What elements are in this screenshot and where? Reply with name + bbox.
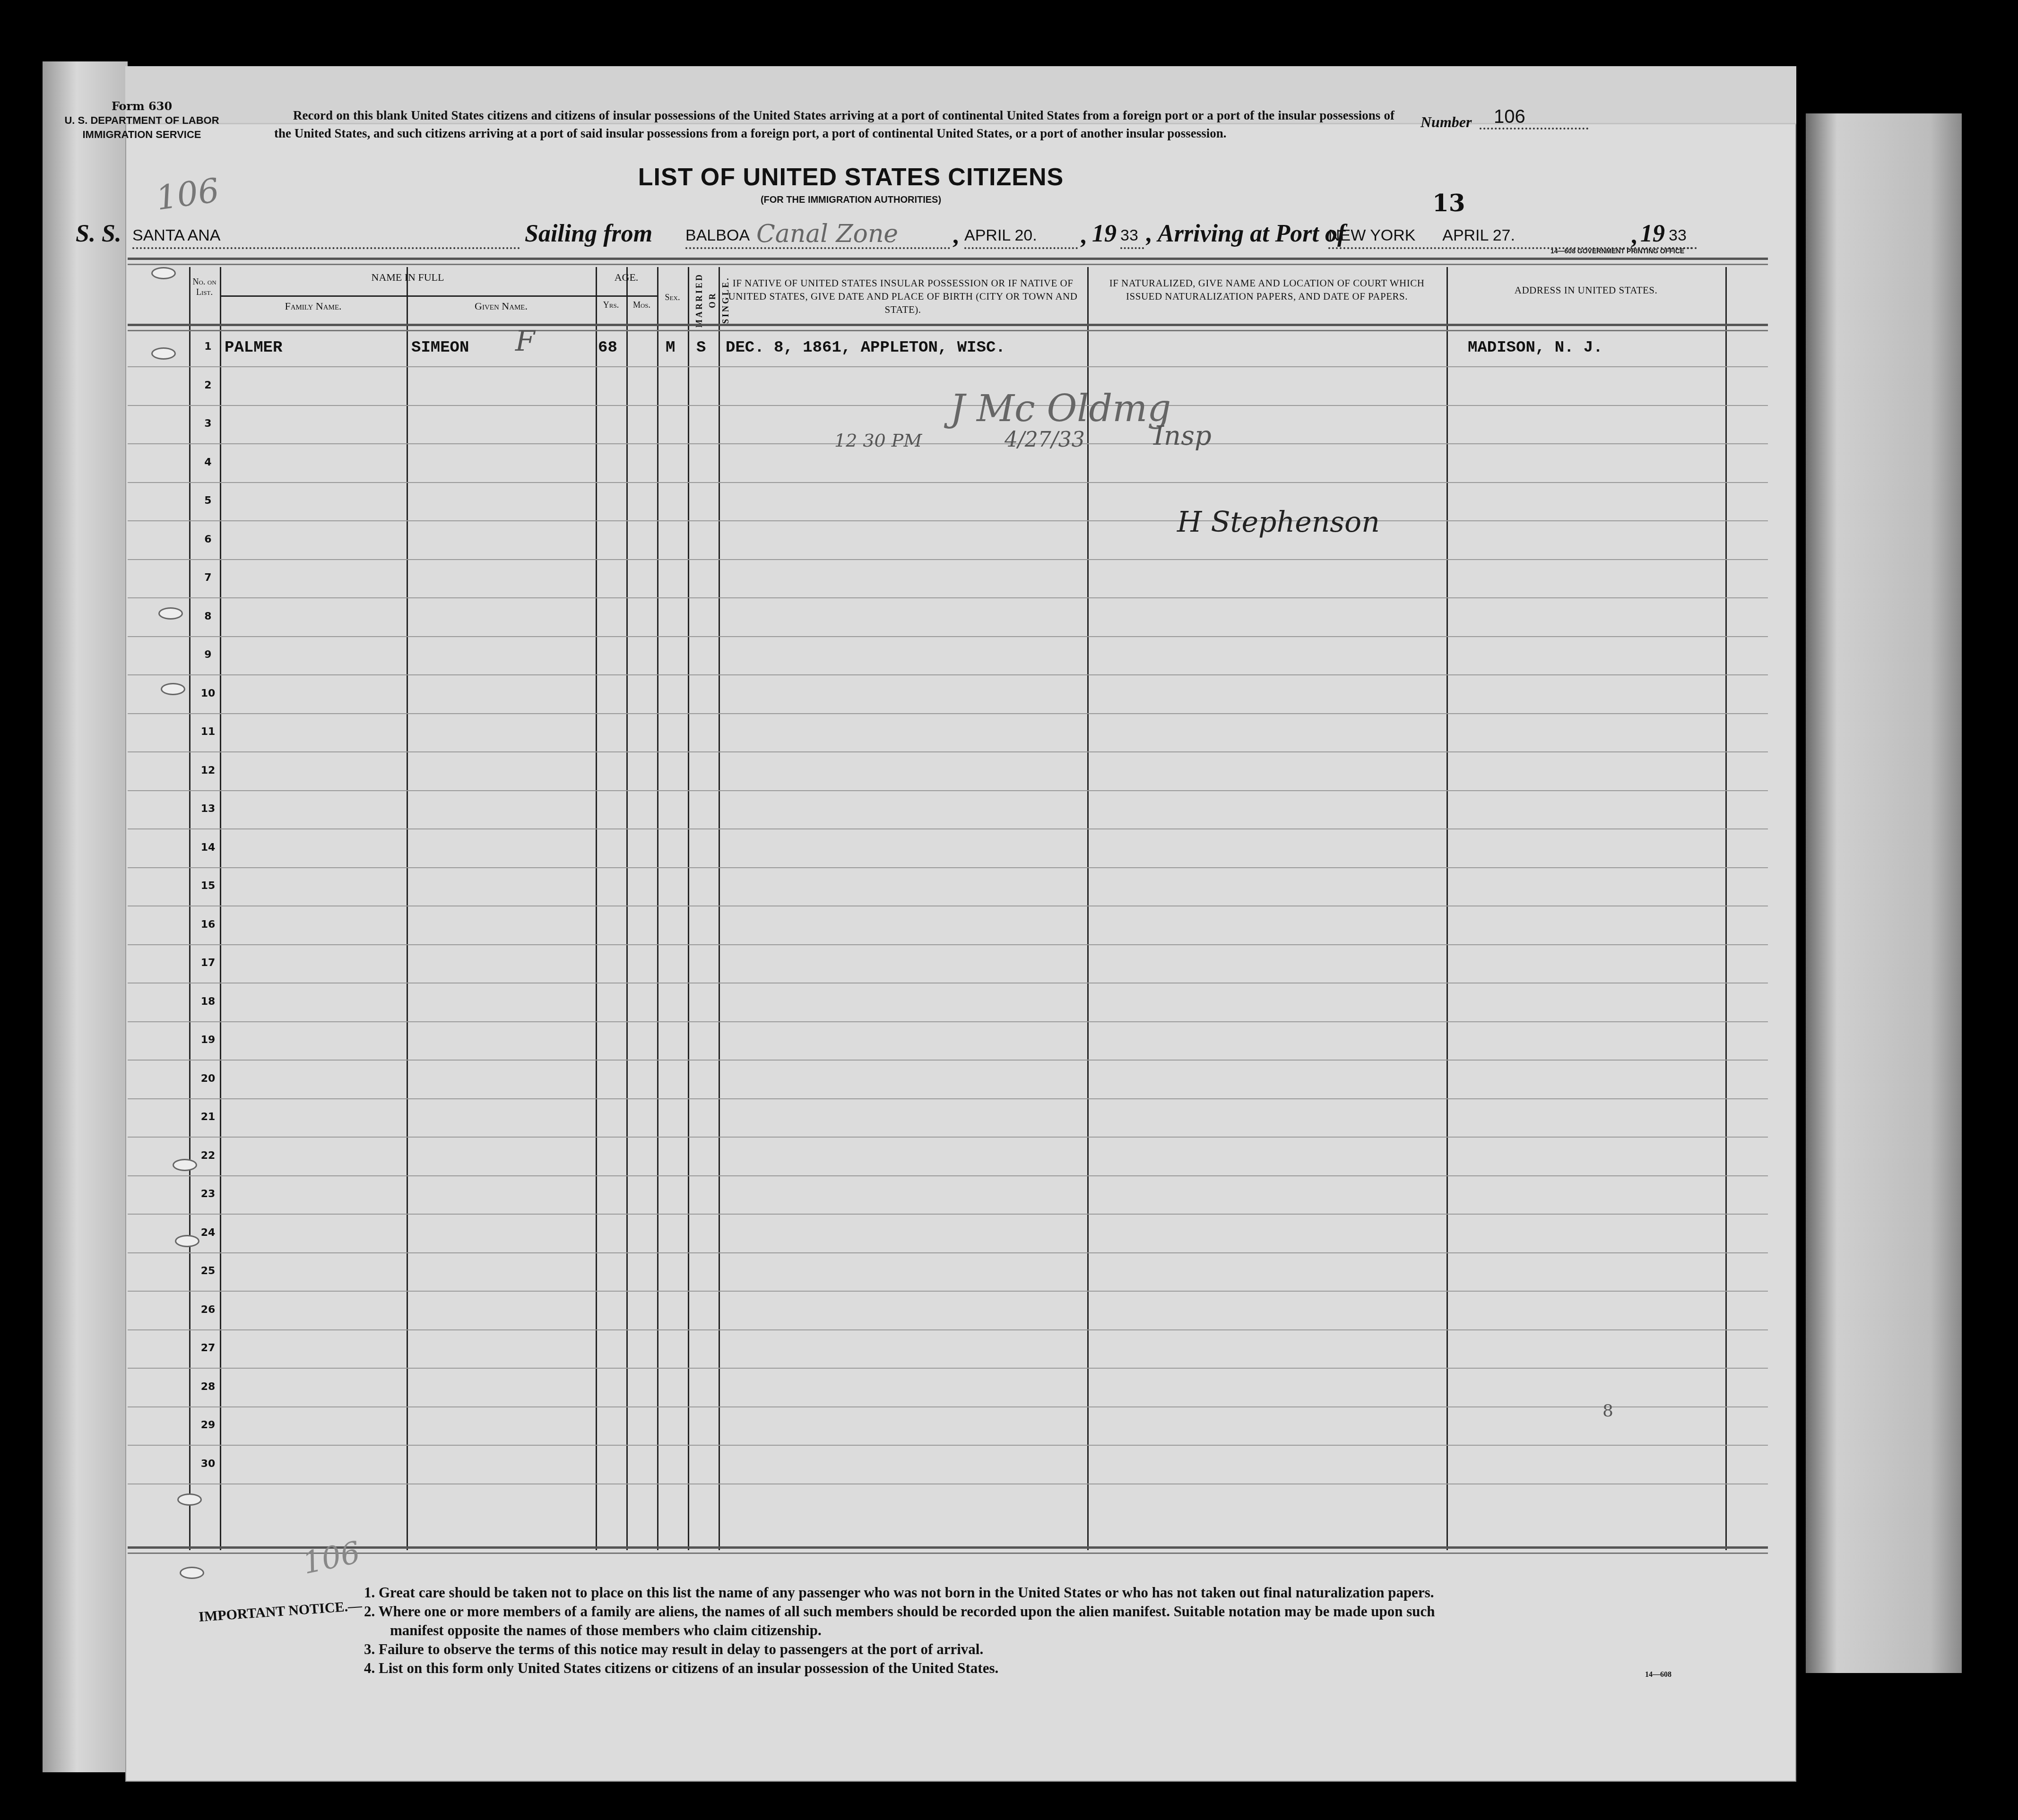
row-number: 13 [189, 803, 227, 815]
row-number: 29 [189, 1419, 227, 1431]
row-number: 16 [189, 919, 227, 931]
inspector-signature: J Mc Oldmg [950, 388, 1171, 430]
arriving-year-prefix: 19 [1640, 220, 1665, 248]
arriving-date: APRIL 27. [1442, 226, 1515, 244]
table-row: 30 [128, 1446, 1768, 1484]
row-number: 20 [189, 1073, 227, 1085]
table-row: 17 [128, 945, 1768, 983]
row-number: 1 [189, 341, 227, 353]
table-row: 14 [128, 829, 1768, 868]
row-number: 22 [189, 1150, 227, 1162]
row-number: 28 [189, 1381, 227, 1393]
table-row: 15 [128, 868, 1768, 906]
header-married-or-single: MARRIED OR SINGLE. [693, 269, 714, 331]
table-row: 13 [128, 791, 1768, 829]
margin-mark: 8 [1602, 1401, 1613, 1421]
binder-hole [158, 607, 183, 620]
age-years-cell: 68 [598, 339, 617, 357]
ship-label: S. S. [76, 220, 121, 248]
sailing-label: Sailing from [525, 220, 652, 248]
row-number: 7 [189, 572, 227, 584]
binder-hole [175, 1235, 199, 1247]
arriving-port: NEW YORK [1328, 226, 1416, 244]
table-row: 28 [128, 1369, 1768, 1407]
notice-item-3: 3. Failure to observe the terms of this … [364, 1640, 1758, 1659]
sailing-year: 33 [1120, 226, 1144, 249]
form-instructions: Record on this blank United States citiz… [274, 106, 1394, 142]
sailing-date: APRIL 20. [964, 226, 1078, 249]
row-number: 18 [189, 996, 227, 1008]
table-row: 22 [128, 1138, 1768, 1176]
row-number: 3 [189, 418, 227, 430]
table-row: 5 [128, 483, 1768, 521]
row-number: 17 [189, 957, 227, 969]
row-number: 21 [189, 1111, 227, 1123]
page-number: 13 [1432, 189, 1465, 217]
page-title: LIST OF UNITED STATES CITIZENS [567, 163, 1135, 191]
form-code: 14—608 [1645, 1671, 1672, 1679]
printer-mark: 14—608 GOVERNMENT PRINTING OFFICE [1550, 247, 1684, 255]
table-row: 19 [128, 1022, 1768, 1061]
table-bottom-rule [128, 1546, 1768, 1554]
table-row: 7 [128, 560, 1768, 598]
marital-status-cell: S [696, 339, 706, 357]
header-subdivider [220, 295, 657, 297]
left-binder-sheet [43, 61, 128, 1772]
form-identifier: Form 630 U. S. DEPARTMENT OF LABOR IMMIG… [47, 99, 236, 142]
binder-hole [151, 347, 176, 360]
comma: , [1631, 222, 1637, 250]
row-number: 11 [189, 726, 227, 738]
table-row: 23 [128, 1176, 1768, 1215]
service-name: IMMIGRATION SERVICE [47, 128, 236, 142]
table-row: 12 [128, 752, 1768, 791]
binder-hole [151, 267, 176, 279]
binder-hole [177, 1493, 202, 1506]
sailing-port-handwritten: Canal Zone [756, 220, 898, 248]
number-label: Number [1420, 113, 1472, 131]
table-row: 8 [128, 598, 1768, 637]
row-number: 4 [189, 457, 227, 468]
handwritten-date: 4/27/33 [1005, 428, 1085, 452]
given-name-cell: SIMEON [411, 339, 469, 357]
table-row: 26 [128, 1292, 1768, 1330]
header-name-in-full: NAME IN FULL [220, 271, 596, 294]
form-number: Form 630 [47, 99, 236, 113]
sailing-year-prefix: 19 [1092, 220, 1117, 248]
handwritten-check-mark: F [515, 325, 535, 358]
row-number: 12 [189, 765, 227, 776]
row-number: 25 [189, 1265, 227, 1277]
handwritten-time: 12 30 PM [834, 430, 922, 451]
table-row: 10 [128, 675, 1768, 714]
table-row: 11 [128, 714, 1768, 752]
table-row: 2 [128, 367, 1768, 406]
right-binder-sheet [1806, 113, 1962, 1673]
table-top-rule [128, 258, 1768, 265]
notice-item-4: 4. List on this form only United States … [364, 1659, 1758, 1678]
table-row: 27 [128, 1330, 1768, 1369]
department-name: U. S. DEPARTMENT OF LABOR [47, 113, 236, 128]
voyage-line: S. S. SANTA ANA Sailing from BALBOA Cana… [76, 220, 1683, 253]
table-row: 16 [128, 906, 1768, 945]
notice-item-2-cont: manifest opposite the names of those mem… [364, 1621, 1758, 1640]
table-row: 18 [128, 983, 1768, 1022]
binder-hole [180, 1567, 204, 1579]
notice-items: 1. Great care should be taken not to pla… [364, 1583, 1758, 1678]
passenger-table: 14—608 GOVERNMENT PRINTING OFFICE No. on… [128, 258, 1768, 1550]
row-number: 15 [189, 880, 227, 892]
comma: , [1080, 222, 1086, 250]
row-number: 19 [189, 1034, 227, 1046]
comma: , [953, 222, 959, 250]
row-number: 5 [189, 495, 227, 507]
row-number: 9 [189, 649, 227, 661]
ship-name: SANTA ANA [132, 226, 520, 249]
notice-item-2: 2. Where one or more members of a family… [364, 1602, 1758, 1621]
row-number: 30 [189, 1458, 227, 1470]
table-row: 6 [128, 521, 1768, 560]
address-cell: MADISON, N. J. [1468, 339, 1603, 357]
table-row: 25 [128, 1253, 1768, 1292]
arriving-year: 33 [1669, 226, 1692, 249]
table-row: 9 [128, 637, 1768, 675]
family-name-cell: PALMER [225, 339, 282, 357]
row-number: 2 [189, 380, 227, 391]
table-row: 29 [128, 1407, 1768, 1446]
page-subtitle: (FOR THE IMMIGRATION AUTHORITIES) [638, 195, 1064, 206]
table-row: 24 [128, 1215, 1768, 1253]
row-number: 14 [189, 842, 227, 854]
table-row: 1PALMERSIMEON68MSDEC. 8, 1861, APPLETON,… [128, 328, 1768, 367]
list-number: 106 [1480, 106, 1588, 129]
arriving-label: , Arriving at Port of [1146, 220, 1345, 248]
row-number: 23 [189, 1188, 227, 1200]
table-row: 3 [128, 405, 1768, 444]
notice-item-1: 1. Great care should be taken not to pla… [364, 1583, 1758, 1602]
birth-cell: DEC. 8, 1861, APPLETON, WISC. [726, 339, 1005, 357]
row-number: 10 [189, 688, 227, 699]
table-row: 4 [128, 444, 1768, 483]
row-number: 26 [189, 1304, 227, 1316]
sex-cell: M [666, 339, 675, 357]
table-row: 20 [128, 1061, 1768, 1099]
row-number: 8 [189, 611, 227, 622]
binder-hole [161, 683, 185, 695]
handwritten-initials: Insp [1153, 421, 1212, 451]
header-age: AGE. [596, 271, 657, 294]
table-row: 21 [128, 1099, 1768, 1138]
row-number: 6 [189, 534, 227, 545]
row-number: 27 [189, 1342, 227, 1354]
binder-hole [173, 1159, 197, 1171]
second-signature: H Stephenson [1177, 506, 1380, 539]
